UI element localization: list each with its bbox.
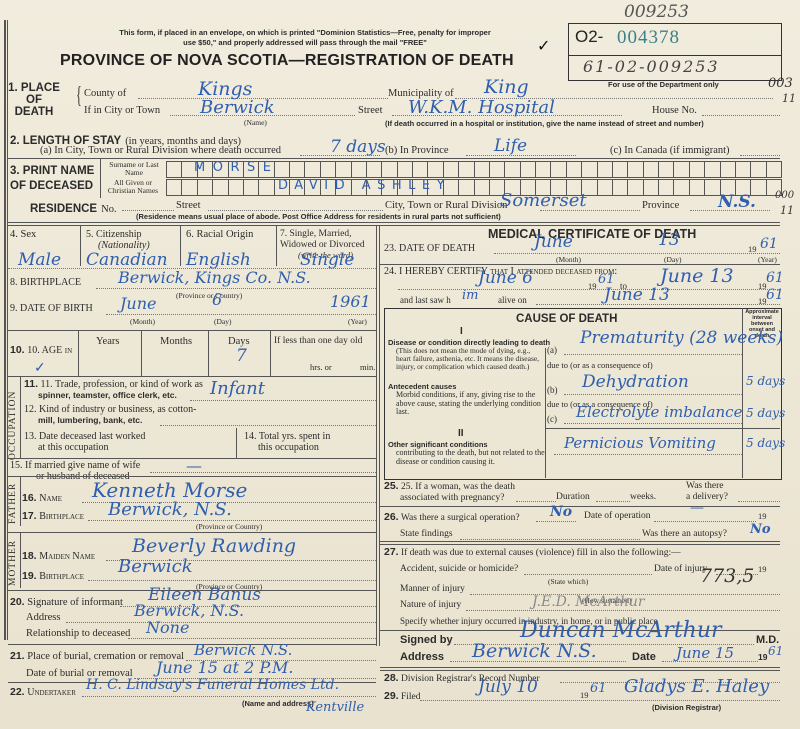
relationship-label: Relationship to deceased [26, 628, 130, 639]
margin-code-4: 11 [780, 204, 794, 217]
undertaker-city[interactable]: Kentville [306, 700, 364, 715]
alive-on-value[interactable]: June 13 [604, 285, 670, 305]
stay-canada-label: (c) In Canada (if immigrant) [610, 145, 730, 156]
direct-cause-note: (This does not mean the mode of dying, e… [396, 347, 546, 371]
other-conditions-note: contributing to the death, but not relat… [396, 449, 546, 466]
antecedent-note: Morbid conditions, if any, giving rise t… [396, 391, 546, 417]
filed-year-value[interactable]: 61 [590, 681, 607, 696]
q27-label: 27. If death was due to external causes … [384, 546, 681, 558]
informant-label: 20. 20. Signature of informantSignature … [10, 596, 123, 608]
q14-label: 14. Total yrs. spent in this occupation [244, 431, 330, 453]
from-year-prefix: 19 [588, 281, 597, 291]
registrar-signature[interactable]: Gladys E. Haley [624, 676, 769, 697]
citizenship-label: 5. Citizenship (Nationality) [86, 229, 150, 251]
cause-b-interval[interactable]: 5 days [746, 374, 785, 388]
physician-stamp: J.E.D. McArthur [532, 594, 645, 610]
dept-caption: For use of the Department only [608, 80, 719, 89]
state-which-caption: (State which) [548, 577, 588, 586]
operation-date-label: Date of operation [584, 511, 650, 521]
mother-side-label: MOTHER [8, 536, 18, 586]
min-label: min. [360, 362, 375, 372]
checkmark-icon: ✓ [537, 36, 550, 56]
less-than-day-label: If less than one day old [274, 336, 362, 346]
municipality-value[interactable]: King [484, 76, 529, 98]
dob-month-caption: (Month) [130, 317, 155, 326]
racial-origin-value[interactable]: English [186, 250, 251, 270]
house-no-label: House No. [652, 105, 697, 116]
stay-city-label: (a) In City, Town or Rural Division wher… [40, 145, 281, 156]
attended-from-value[interactable]: June 6 [478, 268, 533, 288]
cause-c-interval[interactable]: 5 days [746, 406, 785, 420]
attended-to-value[interactable]: June 13 [660, 265, 734, 287]
residence-city-label: City, Town or Rural Division [385, 200, 507, 211]
last-saw-label: and last saw h [400, 295, 451, 305]
signature-year-value[interactable]: 61 [768, 644, 783, 658]
q26-label: 26. Was there a surgical operation?26. W… [384, 511, 520, 523]
father-name-label: 16. 16. NameName [22, 492, 62, 504]
margin-code-2: 11 [782, 92, 796, 105]
father-birthplace-label: 17. Birthplace [22, 510, 84, 522]
father-side-label: FATHER [8, 480, 18, 524]
other-conditions-interval[interactable]: 5 days [746, 436, 785, 450]
nature-of-injury-label: Nature of injury [400, 600, 461, 610]
mailing-notice: This form, if placed in an envelope, on … [70, 28, 540, 48]
surname-caption: Surname or Last Name [104, 161, 164, 177]
birthplace-caption: (Province or Country) [176, 291, 242, 300]
stay-province-label: (b) In Province [385, 145, 449, 156]
father-birthplace-value[interactable]: Berwick, N.S. [108, 499, 232, 520]
cause-a-key: (a) [547, 345, 557, 355]
mother-birthplace-value[interactable]: Berwick [118, 556, 193, 577]
q12-label: 12. Kind of industry or business, as cot… [24, 404, 197, 426]
print-name-label: 3. PRINT NAME OF DECEASED [10, 164, 94, 194]
undertaker-value[interactable]: H. C. Lindsay's Funeral Homes Ltd. [86, 677, 339, 693]
occupation-side-label: OCCUPATION [8, 380, 18, 460]
accident-label: Accident, suicide or homicide? [400, 564, 518, 574]
injury-year-prefix: 19 [758, 564, 767, 574]
undertaker-caption: (Name and address) [242, 699, 314, 708]
dob-day[interactable]: 6 [212, 290, 222, 309]
cause-of-death-title: CAUSE OF DEATH [516, 313, 617, 325]
mother-birthplace-label: 19. Birthplace [22, 570, 84, 582]
county-label: County of [84, 88, 126, 99]
age-months-label: Months [160, 336, 192, 347]
cause-b-value[interactable]: Dehydration [582, 372, 689, 392]
dept-prefix: O2- [575, 27, 603, 47]
dod-month[interactable]: June [534, 232, 573, 252]
racial-origin-label: 6. Racial Origin [186, 229, 253, 240]
signature-year-prefix: 19 [758, 652, 767, 662]
state-findings-label: State findings [400, 529, 453, 539]
surname-value[interactable]: MORSE [194, 160, 278, 175]
age-label: 10. 10. AGE in [10, 344, 72, 356]
mother-maiden-name-value[interactable]: Beverly Rawding [132, 535, 296, 557]
spouse-value[interactable]: — [186, 456, 202, 475]
residence-note: (Residence means usual place of abode. P… [136, 212, 501, 221]
last-saw-him[interactable]: im [462, 288, 479, 303]
signature-date-value[interactable]: June 15 [676, 644, 734, 662]
dept-handwritten-number: 61-02-009253 [583, 57, 720, 76]
given-names-caption: All Given or Christian Names [102, 179, 164, 195]
q25-label: 25. 25. If a woman, was the death associ… [384, 481, 515, 504]
stay-province-value[interactable]: Life [494, 136, 527, 156]
filed-label: 29. Filed29. Filed [384, 690, 421, 702]
filed-year-prefix: 19 [580, 690, 589, 700]
sex-label: 4. Sex [10, 229, 36, 240]
city-caption: (Name) [244, 118, 267, 127]
street-value[interactable]: W.K.M. Hospital [408, 97, 555, 118]
residence-province-value[interactable]: N.S. [718, 192, 756, 212]
margin-code-1: 003 [768, 76, 793, 91]
dod-month-caption: (Month) [556, 255, 581, 264]
age-checkmark-icon: ✓ [34, 360, 46, 377]
dod-day[interactable]: 13 [658, 230, 680, 250]
birthplace-value[interactable]: Berwick, Kings Co. N.S. [118, 268, 311, 287]
street-label: Street [358, 105, 383, 116]
father-birthplace-caption: (Province or Country) [196, 522, 262, 531]
operation-year-prefix: 19 [758, 511, 767, 521]
dod-year-caption: (Year) [758, 255, 777, 264]
residence-city-value[interactable]: Somerset [500, 190, 587, 211]
burial-date-value[interactable]: June 15 at 2 P.M. [156, 658, 293, 677]
place-of-death-label: 1. PLACE OF DEATH 1. PLACEOFDEATH [8, 82, 60, 118]
alive-year[interactable]: 61 [766, 287, 784, 303]
signed-by-label: Signed by [400, 634, 453, 646]
given-names-value[interactable]: DAVID ASHLEY [278, 178, 451, 193]
city-label: If in City or Town [84, 105, 160, 116]
dob-label: 9. DATE OF BIRTH [10, 303, 93, 314]
attended-to-year[interactable]: 61 [766, 270, 784, 286]
form-title: PROVINCE OF NOVA SCOTIA—REGISTRATION OF … [60, 52, 514, 70]
part-one-marker: I [460, 326, 463, 337]
date-of-death-label: 23. DATE OF DEATH [384, 243, 475, 254]
institution-note: (If death occurred in a hospital or inst… [385, 119, 704, 128]
left-border [4, 20, 6, 640]
surgical-operation-value[interactable]: No [550, 504, 572, 520]
cause-c-value[interactable]: Electrolyte imbalance [576, 403, 742, 421]
other-conditions-value[interactable]: Pernicious Vomiting [564, 434, 716, 452]
signature-date-label: Date [632, 651, 656, 663]
dod-year[interactable]: 61 [760, 236, 778, 252]
residence-label: RESIDENCE No. [30, 199, 117, 217]
cause-c-key: (c) [547, 414, 557, 424]
birthplace-label: 8. BIRTHPLACE [10, 277, 81, 288]
dob-year-caption: (Year) [348, 317, 367, 326]
dept-stamped-number: 004378 [617, 27, 680, 49]
signature-address-label: Address [400, 651, 444, 663]
cause-b-key: (b) [547, 385, 558, 395]
marital-status-value[interactable]: Single [300, 250, 354, 270]
informant-address-label: Address [26, 612, 60, 623]
age-years-label: Years [96, 336, 119, 347]
mailing-notice-line1: This form, if placed in an envelope, on … [70, 28, 540, 38]
hrs-label: hrs. or [310, 362, 332, 372]
citizenship-value[interactable]: Canadian [86, 250, 168, 270]
stamp-code: 773,5 [700, 565, 754, 587]
dob-month[interactable]: June [120, 294, 157, 313]
residence-street-label: Street [176, 200, 201, 211]
margin-code-3: 000 [775, 190, 794, 201]
dob-day-caption: (Day) [214, 317, 232, 326]
due-to-label-1: due to (or as a consequence of) [547, 360, 653, 370]
top-handwritten-number: 009253 [624, 2, 689, 22]
duration-label: Duration [556, 492, 590, 502]
alive-on-label: alive on [498, 295, 527, 305]
autopsy-label: Was there an autopsy? [642, 529, 727, 539]
manner-of-injury-label: Manner of injury [400, 584, 465, 594]
department-box: O2- 004378 61-02-009253 [568, 23, 782, 81]
mother-maiden-name-label: 18. Maiden Name [22, 550, 95, 562]
age-days-value[interactable]: 7 [236, 346, 247, 366]
q13-label: 13. Date deceased last worked at this oc… [24, 431, 145, 453]
burial-place-value[interactable]: Berwick N.S. [194, 641, 292, 659]
weeks-label: weeks. [630, 492, 656, 502]
part-two-marker: II [458, 428, 464, 439]
occupation-value[interactable]: Infant [210, 378, 265, 399]
dod-year-prefix: 19 [748, 244, 757, 254]
dod-day-caption: (Day) [664, 255, 682, 264]
residence-province-label: Province [642, 200, 679, 211]
sex-value[interactable]: Male [18, 250, 61, 270]
death-registration-form: This form, if placed in an envelope, on … [0, 0, 800, 729]
stay-city-value[interactable]: 7 days [330, 137, 386, 157]
filed-date-value[interactable]: July 10 [478, 677, 538, 697]
q11-label: 11. 11. Trade, profession, or kind of wo… [24, 379, 203, 401]
mailing-notice-line2: use $50," and properly addressed will pa… [70, 38, 540, 48]
undertaker-label: 22. Undertaker22. Undertaker [10, 686, 76, 698]
dob-year[interactable]: 1961 [330, 292, 371, 311]
city-value[interactable]: Berwick [200, 97, 275, 118]
registrar-caption: (Division Registrar) [652, 703, 721, 712]
relationship-value[interactable]: None [146, 618, 189, 637]
autopsy-value[interactable]: No [750, 522, 771, 537]
operation-date-value[interactable]: — [690, 500, 704, 516]
signature-address-value[interactable]: Berwick N.S. [472, 640, 597, 662]
given-names-cells[interactable] [166, 179, 782, 196]
cause-a-value[interactable]: Prematurity (28 weeks) [580, 328, 783, 348]
